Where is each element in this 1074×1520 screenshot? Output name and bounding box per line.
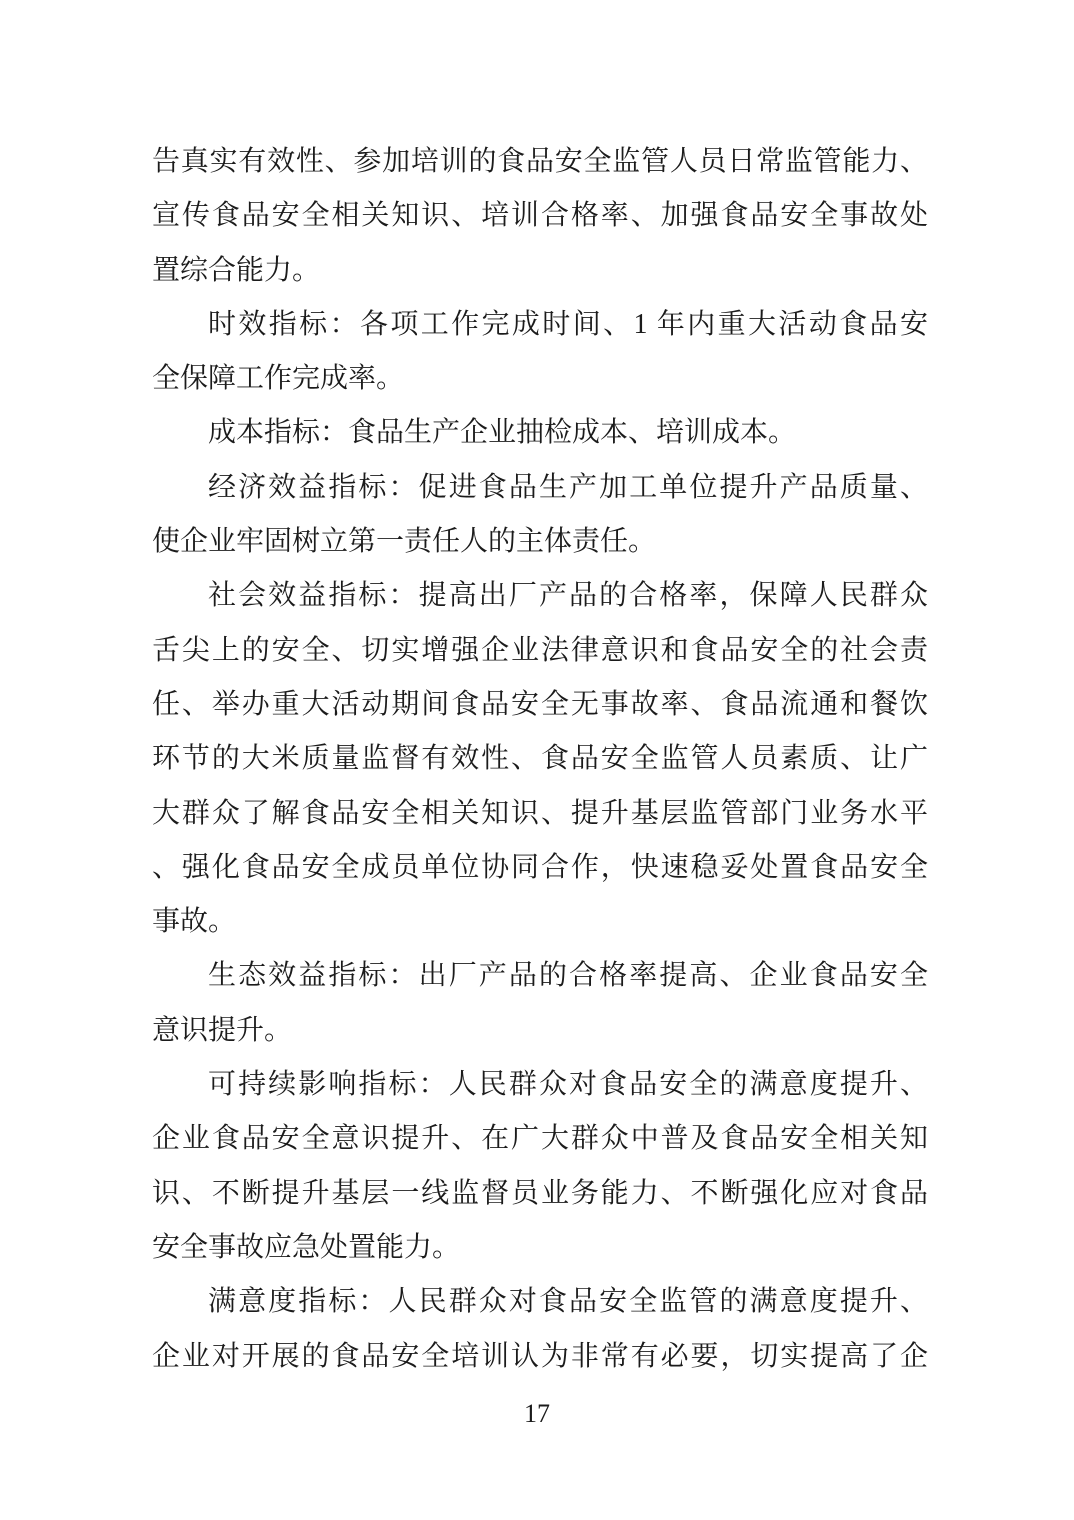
text-line: 经济效益指标：促进食品生产加工单位提升产品质量、: [152, 461, 928, 515]
text-line: 全保障工作完成率。: [152, 352, 928, 406]
text-line: 舌尖上的安全、切实增强企业法律意识和食品安全的社会责: [152, 624, 928, 678]
text-line: 生态效益指标：出厂产品的合格率提高、企业食品安全: [152, 949, 928, 1003]
text-line: 可持续影响指标：人民群众对食品安全的满意度提升、: [152, 1058, 928, 1112]
text-line: 使企业牢固树立第一责任人的主体责任。: [152, 515, 928, 569]
text-line: 识、不断提升基层一线监督员业务能力、不断强化应对食品: [152, 1167, 928, 1221]
text-line: 意识提升。: [152, 1004, 928, 1058]
text-line: 置综合能力。: [152, 244, 928, 298]
text-line: 满意度指标：人民群众对食品安全监管的满意度提升、: [152, 1275, 928, 1329]
text-line: 成本指标：食品生产企业抽检成本、培训成本。: [152, 406, 928, 460]
text-line: 安全事故应急处置能力。: [152, 1221, 928, 1275]
text-line: 大群众了解食品安全相关知识、提升基层监管部门业务水平: [152, 787, 928, 841]
text-line: 时效指标：各项工作完成时间、1 年内重大活动食品安: [152, 298, 928, 352]
text-line: 环节的大米质量监督有效性、食品安全监管人员素质、让广: [152, 732, 928, 786]
text-line: 企业对开展的食品安全培训认为非常有必要，切实提高了企: [152, 1330, 928, 1384]
page-number: 17: [524, 1399, 550, 1428]
text-line: 、强化食品安全成员单位协同合作，快速稳妥处置食品安全: [152, 841, 928, 895]
page-footer: 17: [0, 1398, 1074, 1430]
text-line: 社会效益指标：提高出厂产品的合格率，保障人民群众: [152, 569, 928, 623]
document-body: 告真实有效性、参加培训的食品安全监管人员日常监管能力、 宣传食品安全相关知识、培…: [152, 135, 928, 1384]
text-line: 告真实有效性、参加培训的食品安全监管人员日常监管能力、: [152, 135, 928, 189]
text-line: 事故。: [152, 895, 928, 949]
text-line: 企业食品安全意识提升、在广大群众中普及食品安全相关知: [152, 1112, 928, 1166]
text-line: 任、举办重大活动期间食品安全无事故率、食品流通和餐饮: [152, 678, 928, 732]
text-line: 宣传食品安全相关知识、培训合格率、加强食品安全事故处: [152, 189, 928, 243]
